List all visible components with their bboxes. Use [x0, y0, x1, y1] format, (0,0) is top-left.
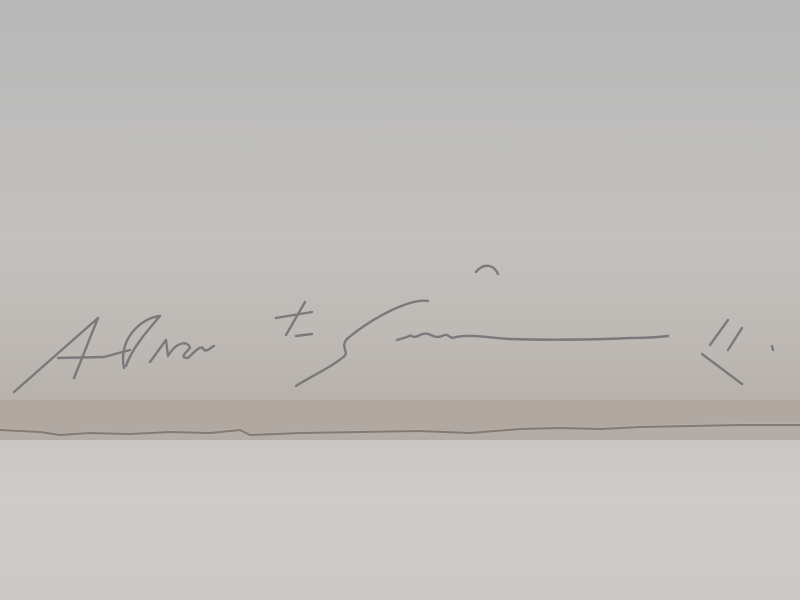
photograph: Albert Giacom... (signature scrawl) [0, 0, 800, 600]
pencil-signature [0, 0, 800, 600]
